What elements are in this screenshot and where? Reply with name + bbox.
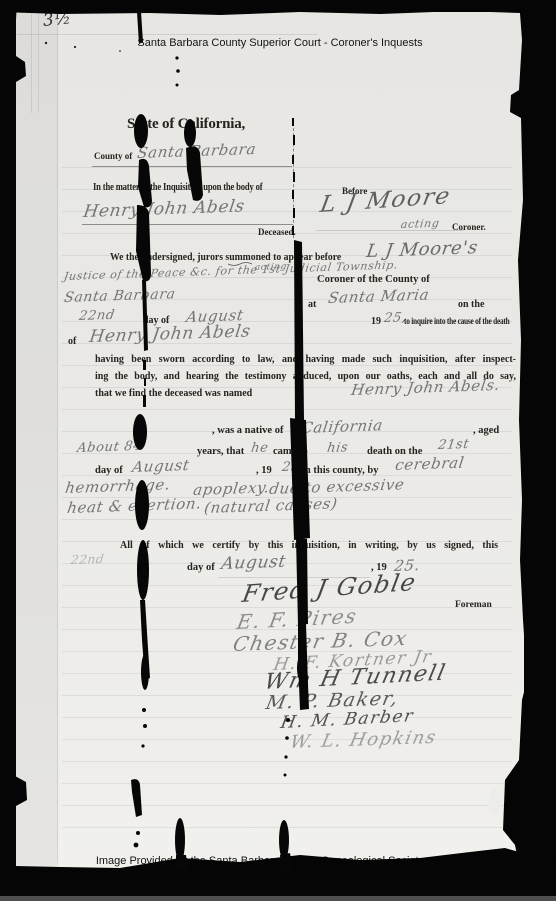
matter-label: In the matter of the Inquisition upon th… [93,182,262,193]
archive-footer-credit: Image Provided by the Santa Barbara Coun… [20,855,500,867]
deceased-blank-line [82,224,293,225]
p3-his-handwritten: his [326,440,349,456]
p1-of-label: of [68,336,76,347]
p1-at-label: at [308,299,316,310]
archive-header-title: Santa Barbara County Superior Court - Co… [30,37,530,49]
state-heading: State of California, [127,116,245,133]
p1-onthe-label: on the [458,299,484,310]
p3-aged-label: , aged [473,425,499,436]
p3-cause1-handwritten: cerebral [394,454,466,474]
p3-county-label: in this county, by [302,465,378,476]
p3-century-label: , 19 [256,465,272,476]
p4-month-handwritten: August [220,552,287,574]
p3-native-handwritten: California [300,416,384,437]
foreman-label: Foreman [455,600,492,610]
p1-printed-inquire: to inquire into the cause of the death [404,316,510,326]
form-divider-line [293,118,294,238]
coroner-blank-line [316,230,464,231]
p1-place-handwritten: Santa Maria [327,286,431,307]
p3-came-label: came to [273,446,308,457]
margin-rule [31,13,32,113]
p1-printed-coroner-of: Coroner of the County of [317,274,430,285]
p1-day-handwritten: 22nd [78,308,116,324]
margin-rule [38,13,39,113]
p2-line3: that we find the deceased was named [95,388,252,399]
p3-deathday-handwritten: 21st [437,437,470,453]
p3-native-label: , was a native of [212,425,283,436]
p4-day-handwritten: 22nd [70,552,105,567]
scanned-document-viewport: 3½ Santa Barbara County Superior Court -… [0,0,556,901]
p3-month-handwritten: August [131,456,191,476]
p2-line1: having been sworn according to law, and … [95,354,516,365]
acting-note-handwritten: acting [400,217,440,231]
p3-year-handwritten: 25 [281,459,301,475]
p3-age-handwritten: About 84 [76,439,143,456]
deceased-label: Deceased. [258,227,296,237]
paper-margin-shade [16,12,58,868]
p3-dayof-label: day of [95,465,123,476]
p4-dayof-label: day of [187,562,215,573]
p3-he-handwritten: he [250,440,269,456]
p3-cause2b-handwritten: apoplexy. [192,478,271,499]
page-number: 3½ [42,8,72,31]
page-top-crease [17,34,317,35]
p3-years-label: years, that [197,446,244,457]
county-label: County of [94,151,132,161]
county-blank-line [92,166,292,167]
fold-line [57,13,58,863]
p1-century-label: 19 [371,316,381,327]
p3-cause2a-handwritten: hemorrhage. [64,475,172,497]
p4-line1: All of which we certify by this inquisit… [120,540,498,551]
